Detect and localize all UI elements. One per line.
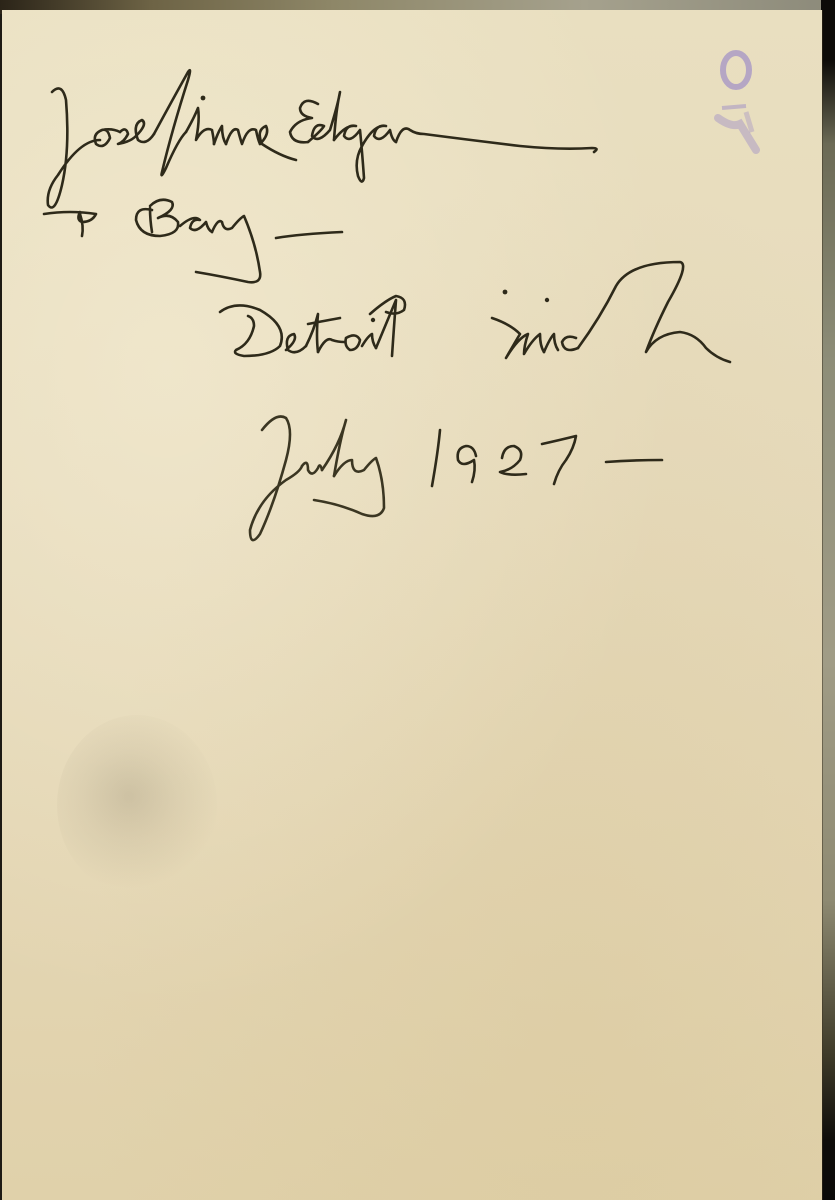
line-josephine-edgar	[48, 70, 597, 207]
handwritten-inscription	[0, 0, 835, 1200]
photo-scene: Josephine Edgar & Bay— Detroit Mich July…	[0, 0, 835, 1200]
line-detroit-mich	[220, 262, 730, 362]
line-july-1927	[250, 417, 662, 541]
line-and-bay	[44, 200, 342, 283]
